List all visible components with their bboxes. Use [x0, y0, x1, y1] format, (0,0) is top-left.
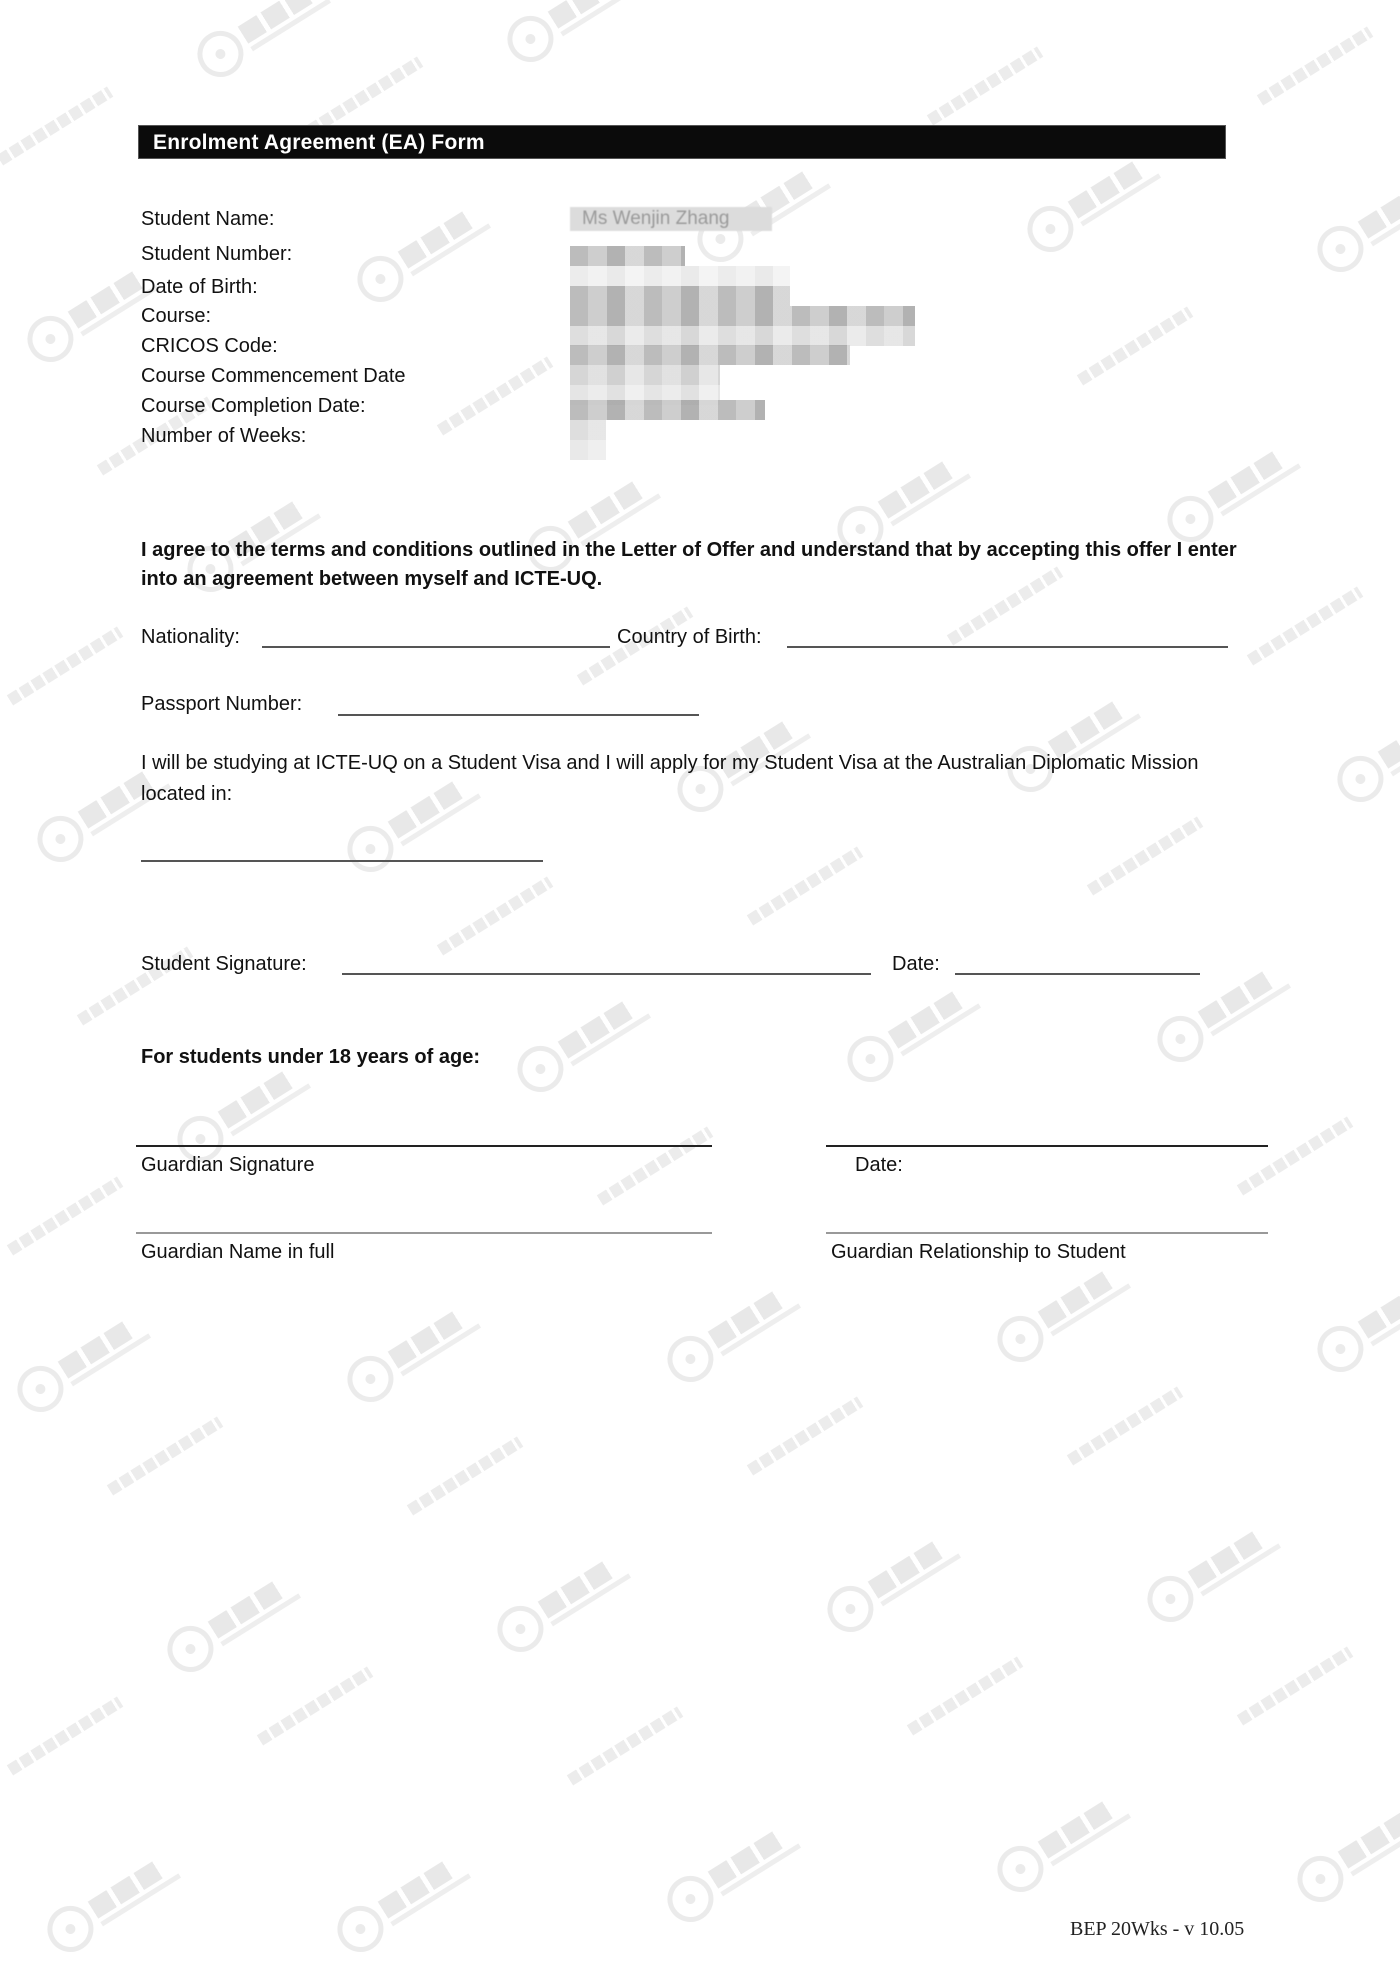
- student-name-value: Ms Wenjin Zhang: [570, 207, 772, 231]
- commencement-date-redacted: [570, 365, 720, 385]
- number-of-weeks-label: Number of Weeks:: [141, 425, 306, 448]
- form-title: Enrolment Agreement (EA) Form: [153, 131, 485, 155]
- date-of-birth-label: Date of Birth:: [141, 276, 258, 299]
- student-date-field[interactable]: [955, 973, 1200, 975]
- redaction-mosaic: [570, 326, 915, 346]
- completion-date-label: Course Completion Date:: [141, 395, 366, 418]
- under-18-heading: For students under 18 years of age:: [141, 1046, 480, 1069]
- date-of-birth-redacted: [570, 286, 790, 306]
- agreement-statement: I agree to the terms and conditions outl…: [141, 536, 1271, 594]
- student-number-label: Student Number:: [141, 243, 292, 266]
- guardian-signature-field[interactable]: [136, 1145, 712, 1147]
- form-header-bar: Enrolment Agreement (EA) Form: [139, 126, 1225, 158]
- document-page: Enrolment Agreement (EA) Form Student Na…: [0, 0, 1400, 1980]
- passport-number-label: Passport Number:: [141, 693, 302, 716]
- country-of-birth-label: Country of Birth:: [617, 626, 762, 649]
- guardian-signature-label: Guardian Signature: [141, 1154, 314, 1177]
- number-of-weeks-redacted: [570, 420, 606, 440]
- guardian-date-field[interactable]: [826, 1145, 1268, 1147]
- student-signature-label: Student Signature:: [141, 953, 307, 976]
- student-signature-field[interactable]: [342, 973, 871, 975]
- document-version: BEP 20Wks - v 10.05: [1070, 1918, 1244, 1941]
- redaction-mosaic: [570, 440, 606, 460]
- student-number-redacted: [570, 246, 685, 266]
- guardian-name-field[interactable]: [136, 1232, 712, 1234]
- course-label: Course:: [141, 305, 211, 328]
- guardian-name-label: Guardian Name in full: [141, 1241, 334, 1264]
- nationality-field[interactable]: [262, 646, 610, 648]
- passport-number-field[interactable]: [338, 714, 699, 716]
- guardian-relationship-field[interactable]: [826, 1232, 1268, 1234]
- diplomatic-mission-location-field[interactable]: [141, 860, 543, 862]
- cricos-code-label: CRICOS Code:: [141, 335, 278, 358]
- student-name-label: Student Name:: [141, 208, 274, 231]
- course-redacted: [570, 306, 915, 326]
- nationality-label: Nationality:: [141, 626, 240, 649]
- visa-statement: I will be studying at ICTE-UQ on a Stude…: [141, 748, 1241, 810]
- form-content: Enrolment Agreement (EA) Form Student Na…: [0, 0, 1400, 1980]
- country-of-birth-field[interactable]: [787, 646, 1228, 648]
- guardian-date-label: Date:: [855, 1154, 903, 1177]
- redaction-mosaic: [570, 266, 790, 286]
- student-date-label: Date:: [892, 953, 940, 976]
- cricos-code-redacted: [570, 345, 850, 365]
- guardian-relationship-label: Guardian Relationship to Student: [831, 1241, 1126, 1264]
- commencement-date-label: Course Commencement Date: [141, 365, 406, 388]
- completion-date-redacted: [570, 400, 765, 420]
